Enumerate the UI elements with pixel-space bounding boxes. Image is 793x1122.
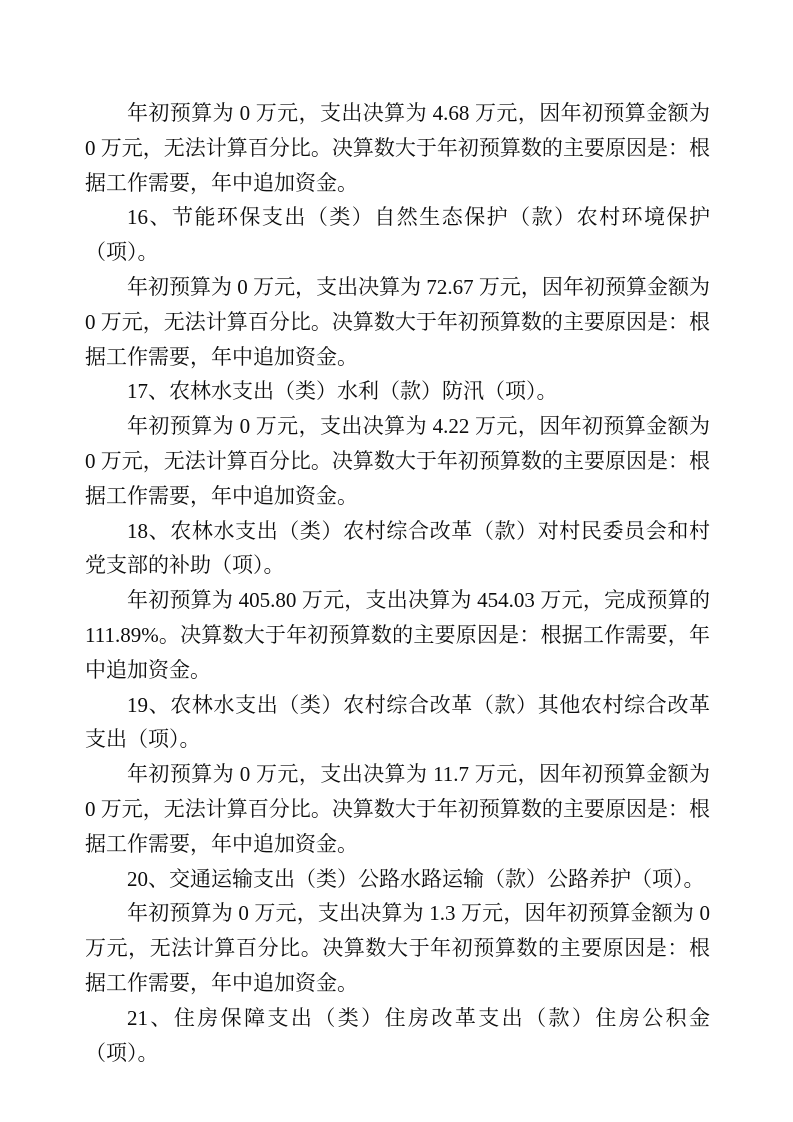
document-text-block: 年初预算为 0 万元，支出决算为 4.68 万元，因年初预算金额为 0 万元，无… [85, 96, 710, 1070]
heading-item-21: 21、住房保障支出（类）住房改革支出（款）住房公积金（项）。 [85, 1001, 710, 1071]
paragraph-item19-budget-detail: 年初预算为 0 万元，支出决算为 11.7 万元，因年初预算金额为 0 万元，无… [85, 757, 710, 861]
heading-item-16: 16、节能环保支出（类）自然生态保护（款）农村环境保护（项）。 [85, 200, 710, 270]
heading-item-17: 17、农林水支出（类）水利（款）防汛（项）。 [85, 374, 710, 409]
heading-item-18: 18、农林水支出（类）农村综合改革（款）对村民委员会和村党支部的补助（项）。 [85, 514, 710, 584]
document-page: 年初预算为 0 万元，支出决算为 4.68 万元，因年初预算金额为 0 万元，无… [0, 0, 793, 1122]
paragraph-item18-budget-detail: 年初预算为 405.80 万元，支出决算为 454.03 万元，完成预算的 11… [85, 583, 710, 687]
paragraph-item20-budget-detail: 年初预算为 0 万元，支出决算为 1.3 万元，因年初预算金额为 0 万元，无法… [85, 896, 710, 1000]
heading-item-20: 20、交通运输支出（类）公路水路运输（款）公路养护（项）。 [85, 862, 710, 897]
paragraph-item15-budget-detail: 年初预算为 0 万元，支出决算为 4.68 万元，因年初预算金额为 0 万元，无… [85, 96, 710, 200]
paragraph-item16-budget-detail: 年初预算为 0 万元，支出决算为 72.67 万元，因年初预算金额为 0 万元，… [85, 270, 710, 374]
paragraph-item17-budget-detail: 年初预算为 0 万元，支出决算为 4.22 万元，因年初预算金额为 0 万元，无… [85, 409, 710, 513]
heading-item-19: 19、农林水支出（类）农村综合改革（款）其他农村综合改革支出（项）。 [85, 688, 710, 758]
